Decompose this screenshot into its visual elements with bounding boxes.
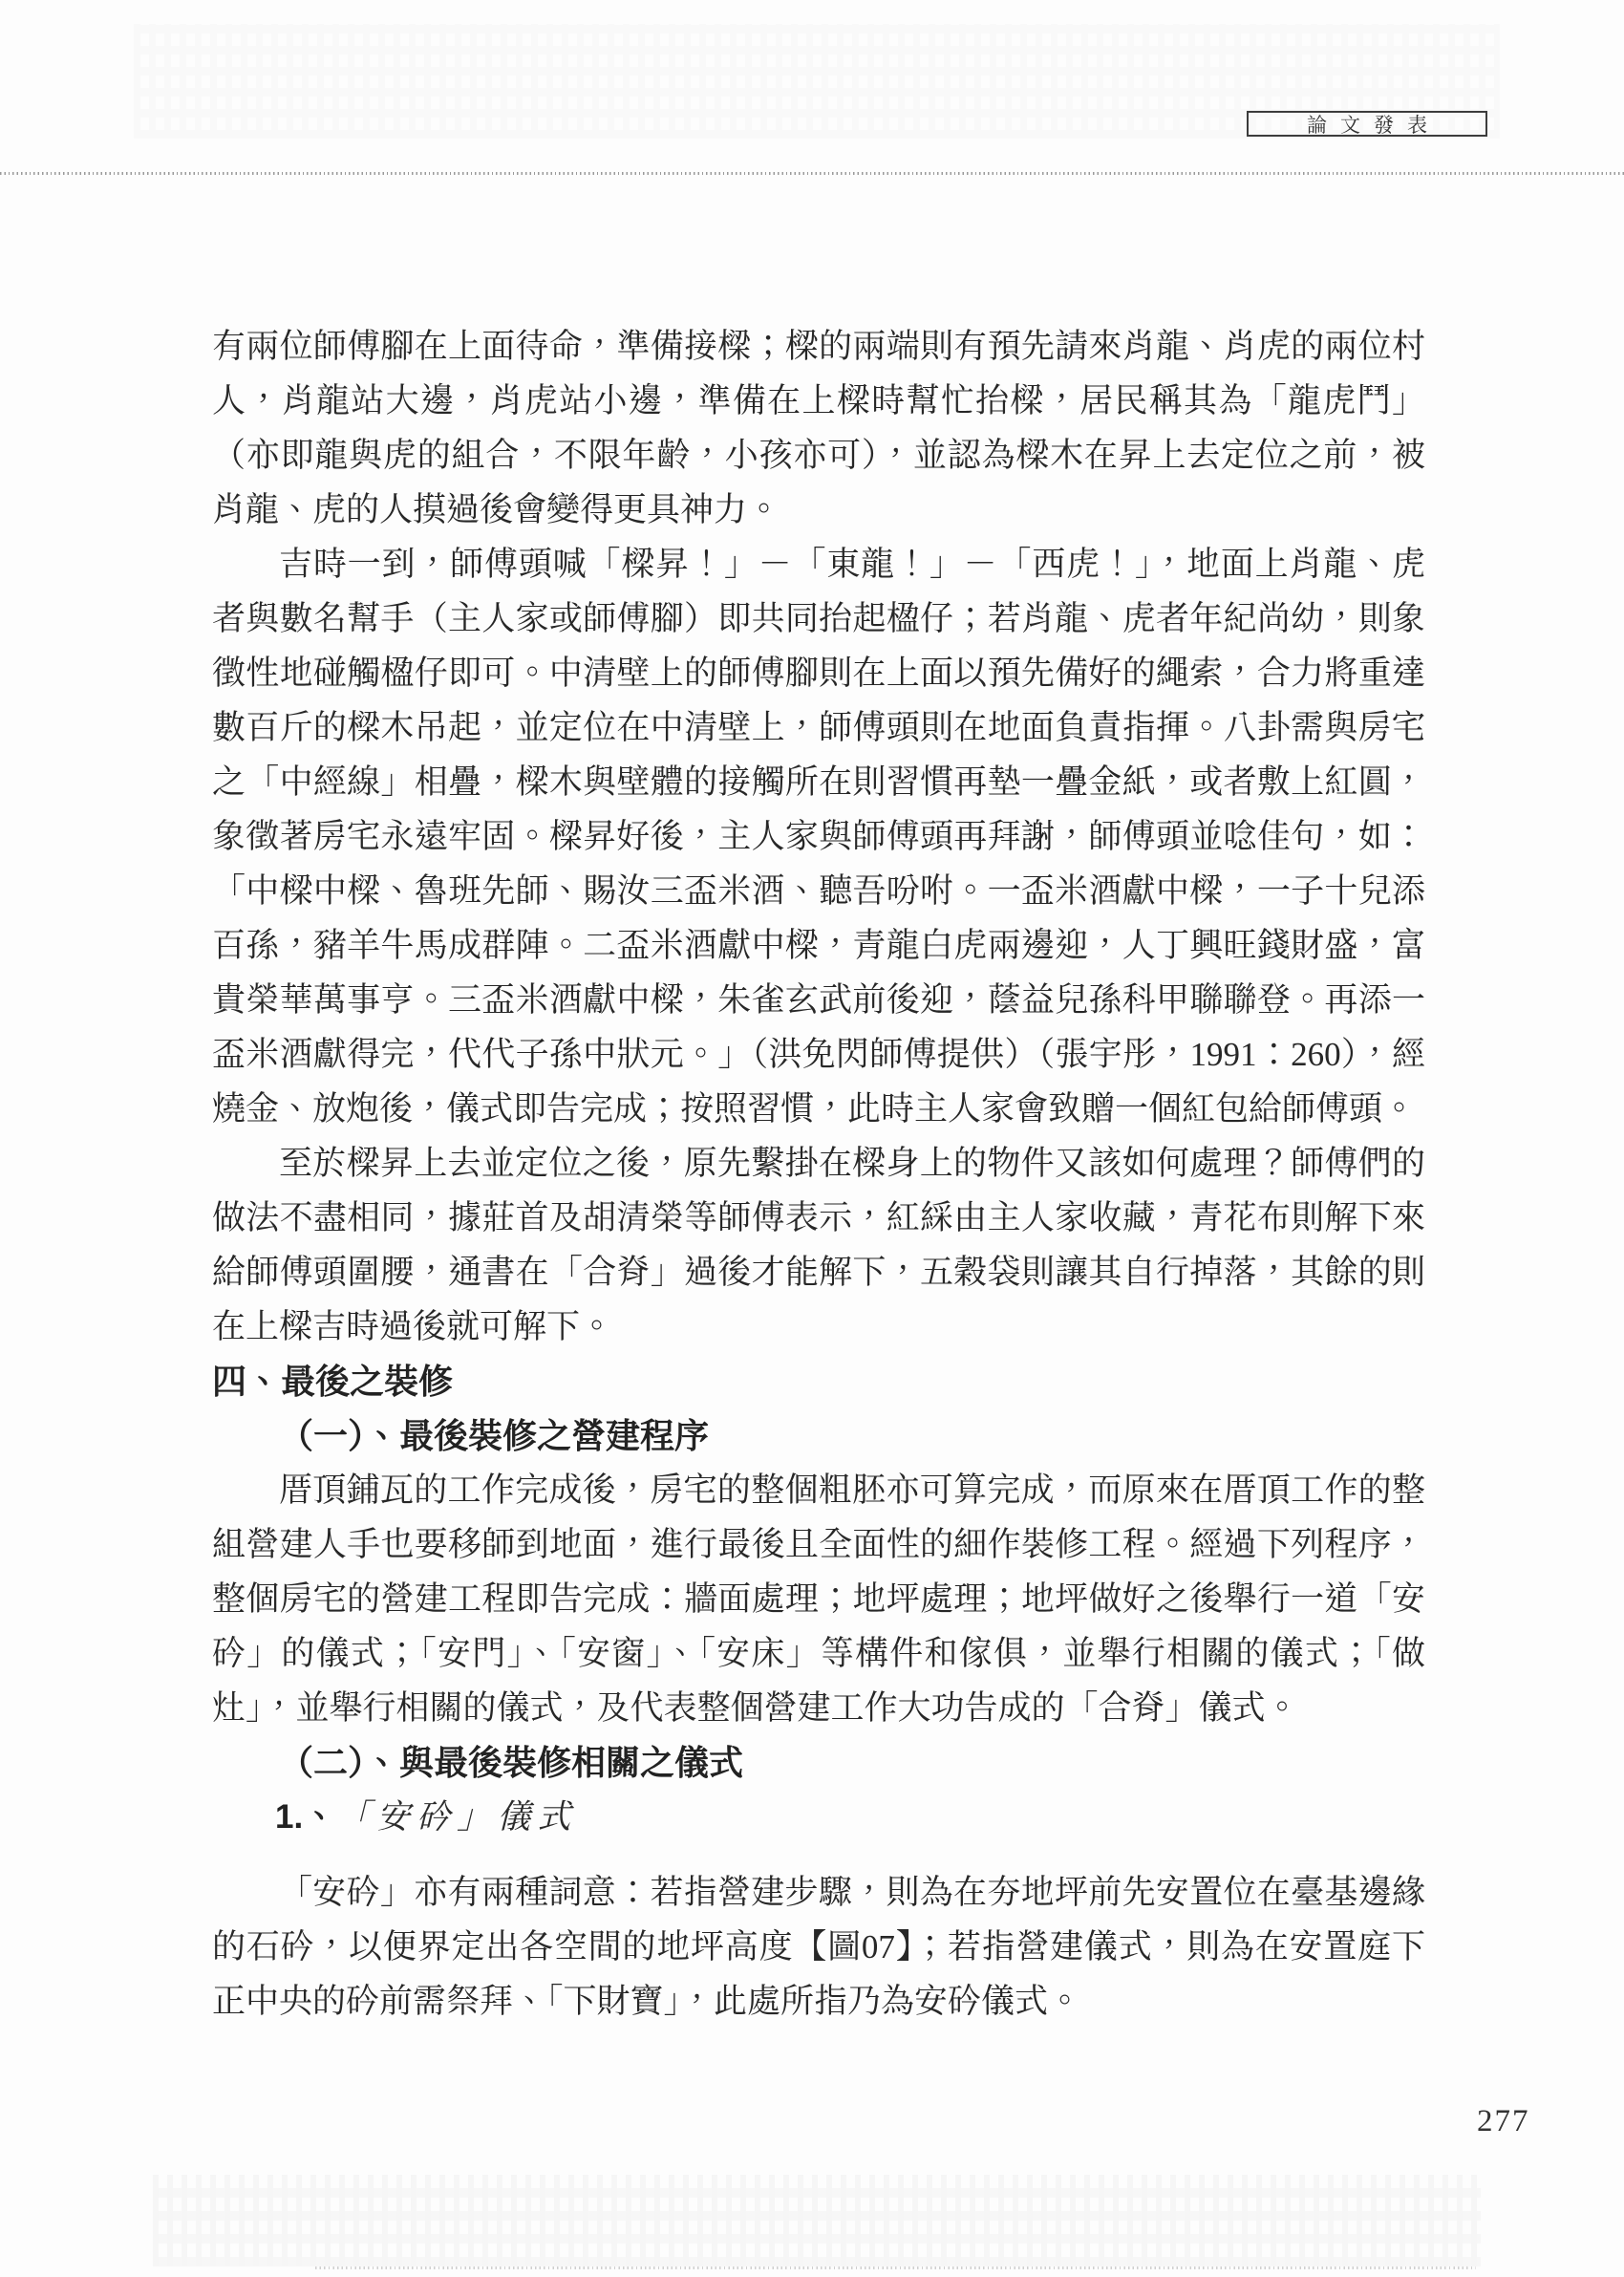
document-page: 論文發表 有兩位師傅腳在上面待命，準備接樑；樑的兩端則有預先請來肖龍、肖虎的兩位… — [0, 0, 1624, 2277]
page-number: 277 — [1477, 2104, 1530, 2139]
numbered-heading-label: 1.、 — [275, 1798, 336, 1836]
footer-dotted-rule — [315, 2266, 1476, 2269]
subsection-heading: （一）、最後裝修之營建程序 — [212, 1408, 1425, 1463]
subsection-heading: （二）、與最後裝修相關之儀式 — [212, 1735, 1425, 1790]
paragraph-continued: 有兩位師傅腳在上面待命，準備接樑；樑的兩端則有預先請來肖龍、肖虎的兩位村人，肖龍… — [212, 319, 1425, 537]
section-heading: 四、最後之裝修 — [212, 1354, 1425, 1408]
running-head-title: 論文發表 — [1293, 110, 1441, 139]
running-head-box: 論文發表 — [1247, 111, 1487, 137]
numbered-heading-title: 「安砛」儀式 — [336, 1798, 577, 1836]
numbered-heading: 1.、「安砛」儀式 — [212, 1790, 1425, 1844]
paragraph: 厝頂鋪瓦的工作完成後，房宅的整個粗胚亦可算完成，而原來在厝頂工作的整組營建人手也… — [212, 1463, 1425, 1735]
body-text: 有兩位師傅腳在上面待命，準備接樑；樑的兩端則有預先請來肖龍、肖虎的兩位村人，肖龍… — [212, 319, 1425, 2029]
bleed-through-texture-bottom — [153, 2175, 1481, 2266]
header-dotted-rule — [0, 172, 1624, 175]
paragraph: 「安砛」亦有兩種詞意：若指營建步驟，則為在夯地坪前先安置位在臺基邊緣的石砛，以便… — [212, 1865, 1425, 2029]
paragraph: 至於樑昇上去並定位之後，原先繫掛在樑身上的物件又該如何處理？師傅們的做法不盡相同… — [212, 1136, 1425, 1354]
paragraph: 吉時一到，師傅頭喊「樑昇！」－「東龍！」－「西虎！」，地面上肖龍、虎者與數名幫手… — [212, 537, 1425, 1136]
